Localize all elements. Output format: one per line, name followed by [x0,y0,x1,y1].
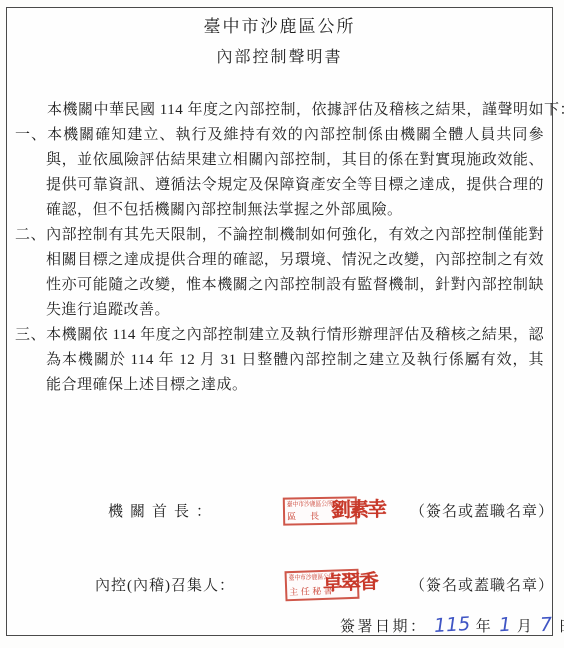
item-1-number: 一、 [15,127,47,143]
convener-sign-note: （簽名或蓋職名章） [410,574,554,595]
intro-paragraph: 本機關中華民國 114 年度之內部控制，依據評估及稽核之結果，謹聲明如下： [15,98,544,123]
statement-item-2: 二、內部控制有其先天限制，不論控制機制如何強化，有效之內部控制僅能對相關目標之達… [15,223,544,323]
stamp-office-name: 臺中市沙鹿區公所 [287,501,333,509]
signing-date-row: 簽署日期： 115 年 1 月 7 日 [340,614,564,636]
signing-date-label: 簽署日期： [340,615,428,636]
convener-label: 內控(內稽)召集人： [95,574,235,595]
item-2-number: 二、 [15,227,46,243]
statement-item-1: 一、本機關確知建立、執行及維持有效的內部控制係由機關全體人員共同參與，並依風險評… [15,123,544,223]
handwritten-month: 1 [498,614,511,637]
document-title: 內部控制聲明書 [15,46,544,70]
convener-stamp: 臺中市沙鹿區公所 主任秘書 卓翠香 [284,569,359,602]
agency-head-label: 機關首長： [108,500,218,521]
item-3-text: 本機關依 114 年度之內部控制建立及執行情形辦理評估及稽核之結果，認為本機關於… [46,327,544,393]
agency-head-sign-note: （簽名或蓋職名章） [410,500,554,521]
page-border: 臺中市沙鹿區公所 內部控制聲明書 本機關中華民國 114 年度之內部控制，依據評… [6,7,553,636]
org-name: 臺中市沙鹿區公所 [15,15,544,39]
item-2-text: 內部控制有其先天限制，不論控制機制如何強化，有效之內部控制僅能對相關目標之達成提… [46,227,544,318]
statement-item-3: 三、本機關依 114 年度之內部控制建立及執行情形辦理評估及稽核之結果，認為本機… [15,323,544,398]
internal-control-statement-page: 臺中市沙鹿區公所 內部控制聲明書 本機關中華民國 114 年度之內部控制，依據評… [0,0,564,648]
item-1-text: 本機關確知建立、執行及維持有效的內部控制係由機關全體人員共同參與，並依風險評估結… [46,127,544,218]
month-unit: 月 [517,615,532,636]
handwritten-day: 7 [539,614,552,637]
item-3-number: 三、 [15,327,46,343]
day-unit: 日 [558,615,564,636]
stamp-signature-name: 卓翠香 [322,568,377,598]
handwritten-year: 115 [433,613,470,637]
stamp-signature-name: 劉素幸 [331,496,385,525]
year-unit: 年 [476,615,491,636]
agency-head-stamp: 臺中市沙鹿區公所 區長 劉素幸 [283,496,357,525]
